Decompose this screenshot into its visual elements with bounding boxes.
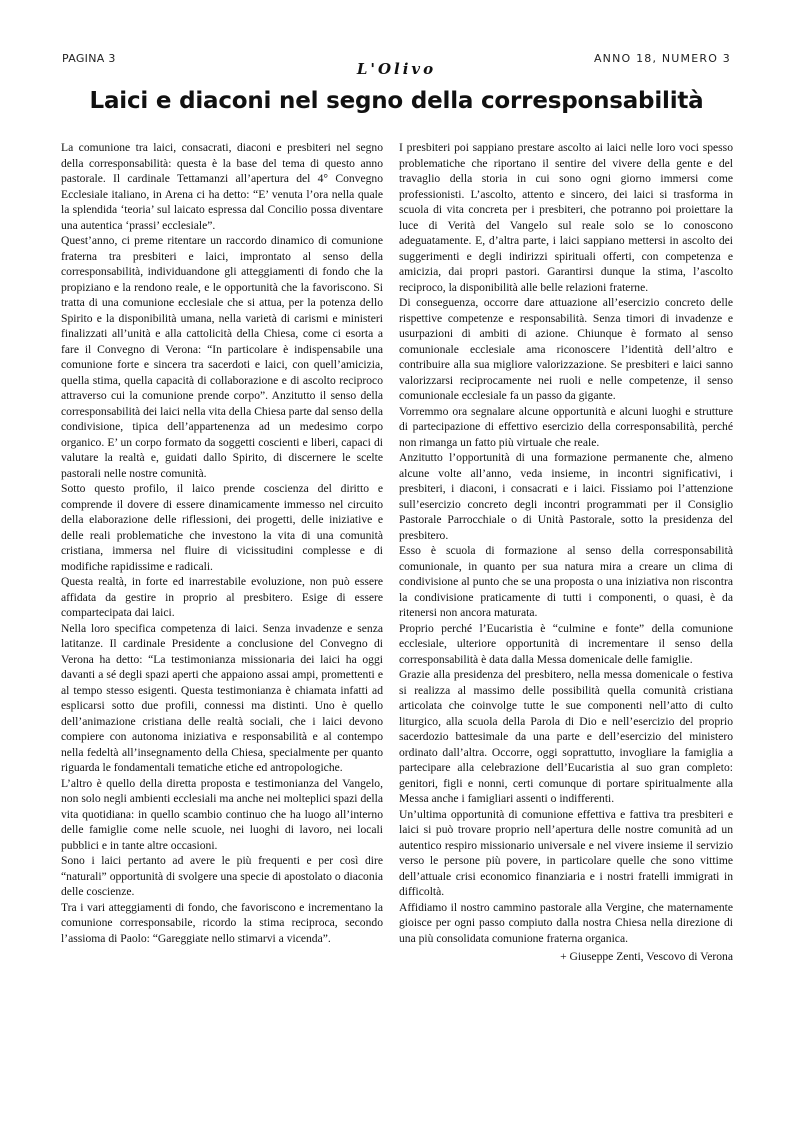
paragraph: Nella loro specifica competenza di laici… — [61, 621, 383, 776]
paragraph: Sono i laici pertanto ad avere le più fr… — [61, 853, 383, 900]
paragraph: Grazie alla presidenza del presbitero, n… — [399, 667, 733, 807]
paragraph: Quest’anno, ci preme ritentare un raccor… — [61, 233, 383, 481]
paragraph: Vorremmo ora segnalare alcune opportunit… — [399, 404, 733, 451]
author-signature: + Giuseppe Zenti, Vescovo di Verona — [399, 949, 733, 965]
paragraph: Sotto questo profilo, il laico prende co… — [61, 481, 383, 574]
paragraph: La comunione tra laici, consacrati, diac… — [61, 140, 383, 233]
paragraph: Un’ultima opportunità di comunione effet… — [399, 807, 733, 900]
paragraph: Di conseguenza, occorre dare attuazione … — [399, 295, 733, 404]
paragraph: Proprio perché l’Eucaristia è “culmine e… — [399, 621, 733, 668]
paragraph: Esso è scuola di formazione al senso del… — [399, 543, 733, 621]
issue-number: ANNO 18, NUMERO 3 — [594, 52, 731, 65]
article-column-left: La comunione tra laici, consacrati, diac… — [61, 140, 383, 946]
article-column-right: I presbiteri poi sappiano prestare ascol… — [399, 140, 733, 965]
paragraph: Tra i vari atteggiamenti di fondo, che f… — [61, 900, 383, 947]
article-title: Laici e diaconi nel segno della correspo… — [0, 88, 793, 114]
paragraph: Anzitutto l’opportunità di una formazion… — [399, 450, 733, 543]
paragraph: Questa realtà, in forte ed inarrestabile… — [61, 574, 383, 621]
paragraph: Affidiamo il nostro cammino pastorale al… — [399, 900, 733, 947]
paragraph: L’altro è quello della diretta proposta … — [61, 776, 383, 854]
paragraph: I presbiteri poi sappiano prestare ascol… — [399, 140, 733, 295]
